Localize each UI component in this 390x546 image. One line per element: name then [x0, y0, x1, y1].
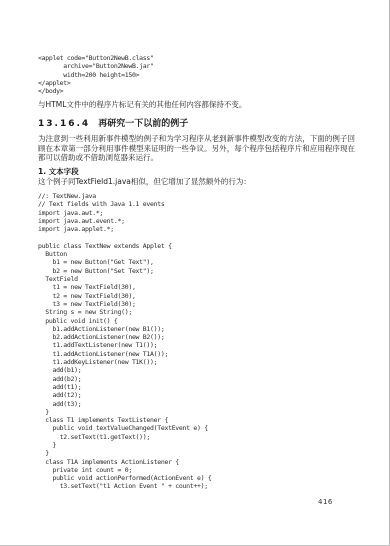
page-number: 416: [318, 498, 333, 506]
html-applet-code-block: <applet code="Button2NewB.class" archive…: [38, 54, 355, 95]
section-number: 13.16.4: [38, 119, 90, 129]
book-page: <applet code="Button2NewB.class" archive…: [0, 0, 390, 546]
html-note-paragraph: 与HTML文件中的程序片标记有关的其他任何内容都保持不变。: [38, 100, 355, 109]
subsection-heading: 1. 文本字段: [38, 167, 355, 176]
section-title: 再研究一下以前的例子: [98, 119, 188, 129]
page-content: <applet code="Button2NewB.class" archive…: [0, 0, 389, 491]
java-code-listing: //: TextNew.java // Text fields with Jav…: [38, 192, 355, 491]
subsection-intro-paragraph: 这个例子同TextField1.java相似，但它增加了显然额外的行为：: [38, 177, 355, 186]
section-heading: 13.16.4 再研究一下以前的例子: [38, 119, 355, 130]
section-intro-paragraph: 为注意到一些利用新事件模型的例子和为学习程序从老到新事件模型改变的方法，下面的例…: [38, 134, 355, 162]
